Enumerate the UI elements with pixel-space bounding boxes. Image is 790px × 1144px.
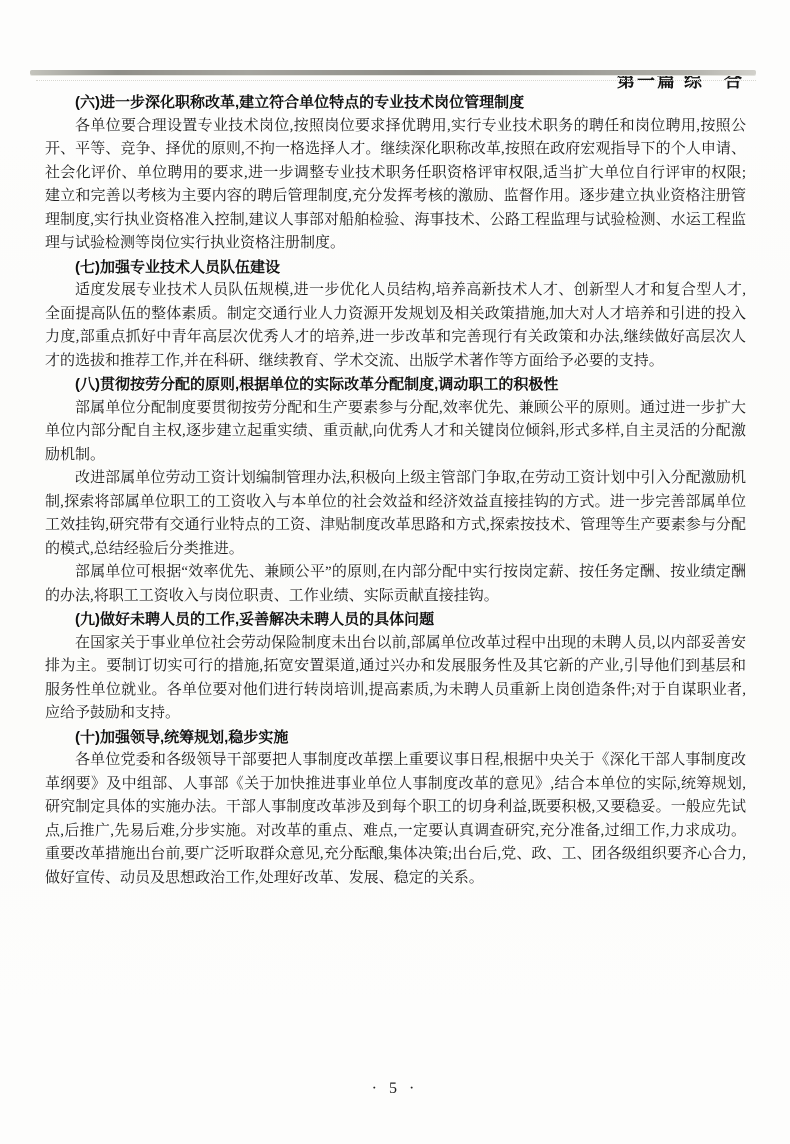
paragraph: 改进部属单位劳动工资计划编制管理办法,积极向上级主管部门争取,在劳动工资计划中引… — [45, 467, 746, 561]
paragraph: 部属单位分配制度要贯彻按劳分配和生产要素参与分配,效率优先、兼顾公平的原则。通过… — [45, 397, 746, 468]
paragraph: 各单位要合理设置专业技术岗位,按照岗位要求择优聘用,实行专业技术职务的聘任和岗位… — [45, 115, 746, 256]
section-heading: (七)加强专业技术人员队伍建设 — [45, 256, 746, 280]
header-rule — [30, 70, 756, 75]
section-heading: (九)做好未聘人员的工作,妥善解决未聘人员的具体问题 — [45, 608, 746, 632]
paragraph: 各单位党委和各级领导干部要把人事制度改革摆上重要议事日程,根据中央关于《深化干部… — [45, 749, 746, 890]
paragraph: 在国家关于事业单位社会劳动保险制度未出台以前,部属单位改革过程中出现的未聘人员,… — [45, 632, 746, 726]
paragraph: 部属单位可根据“效率优先、兼顾公平”的原则,在内部分配中实行按岗定薪、按任务定酬… — [45, 561, 746, 608]
paragraph: 适度发展专业技术人员队伍规模,进一步优化人员结构,培养高新技术人才、创新型人才和… — [45, 279, 746, 373]
scanned-page: 第一篇 综 合 (六)进一步深化职称改革,建立符合单位特点的专业技术岗位管理制度… — [0, 0, 790, 1144]
section-heading: (八)贯彻按劳分配的原则,根据单位的实际改革分配制度,调动职工的积极性 — [45, 373, 746, 397]
section-heading: (六)进一步深化职称改革,建立符合单位特点的专业技术岗位管理制度 — [45, 91, 746, 115]
document-body: (六)进一步深化职称改革,建立符合单位特点的专业技术岗位管理制度各单位要合理设置… — [45, 91, 746, 890]
section-heading: (十)加强领导,统筹规划,稳步实施 — [45, 726, 746, 750]
page-footer: · 5 · — [0, 1080, 790, 1098]
page-number: · 5 · — [372, 1080, 419, 1097]
